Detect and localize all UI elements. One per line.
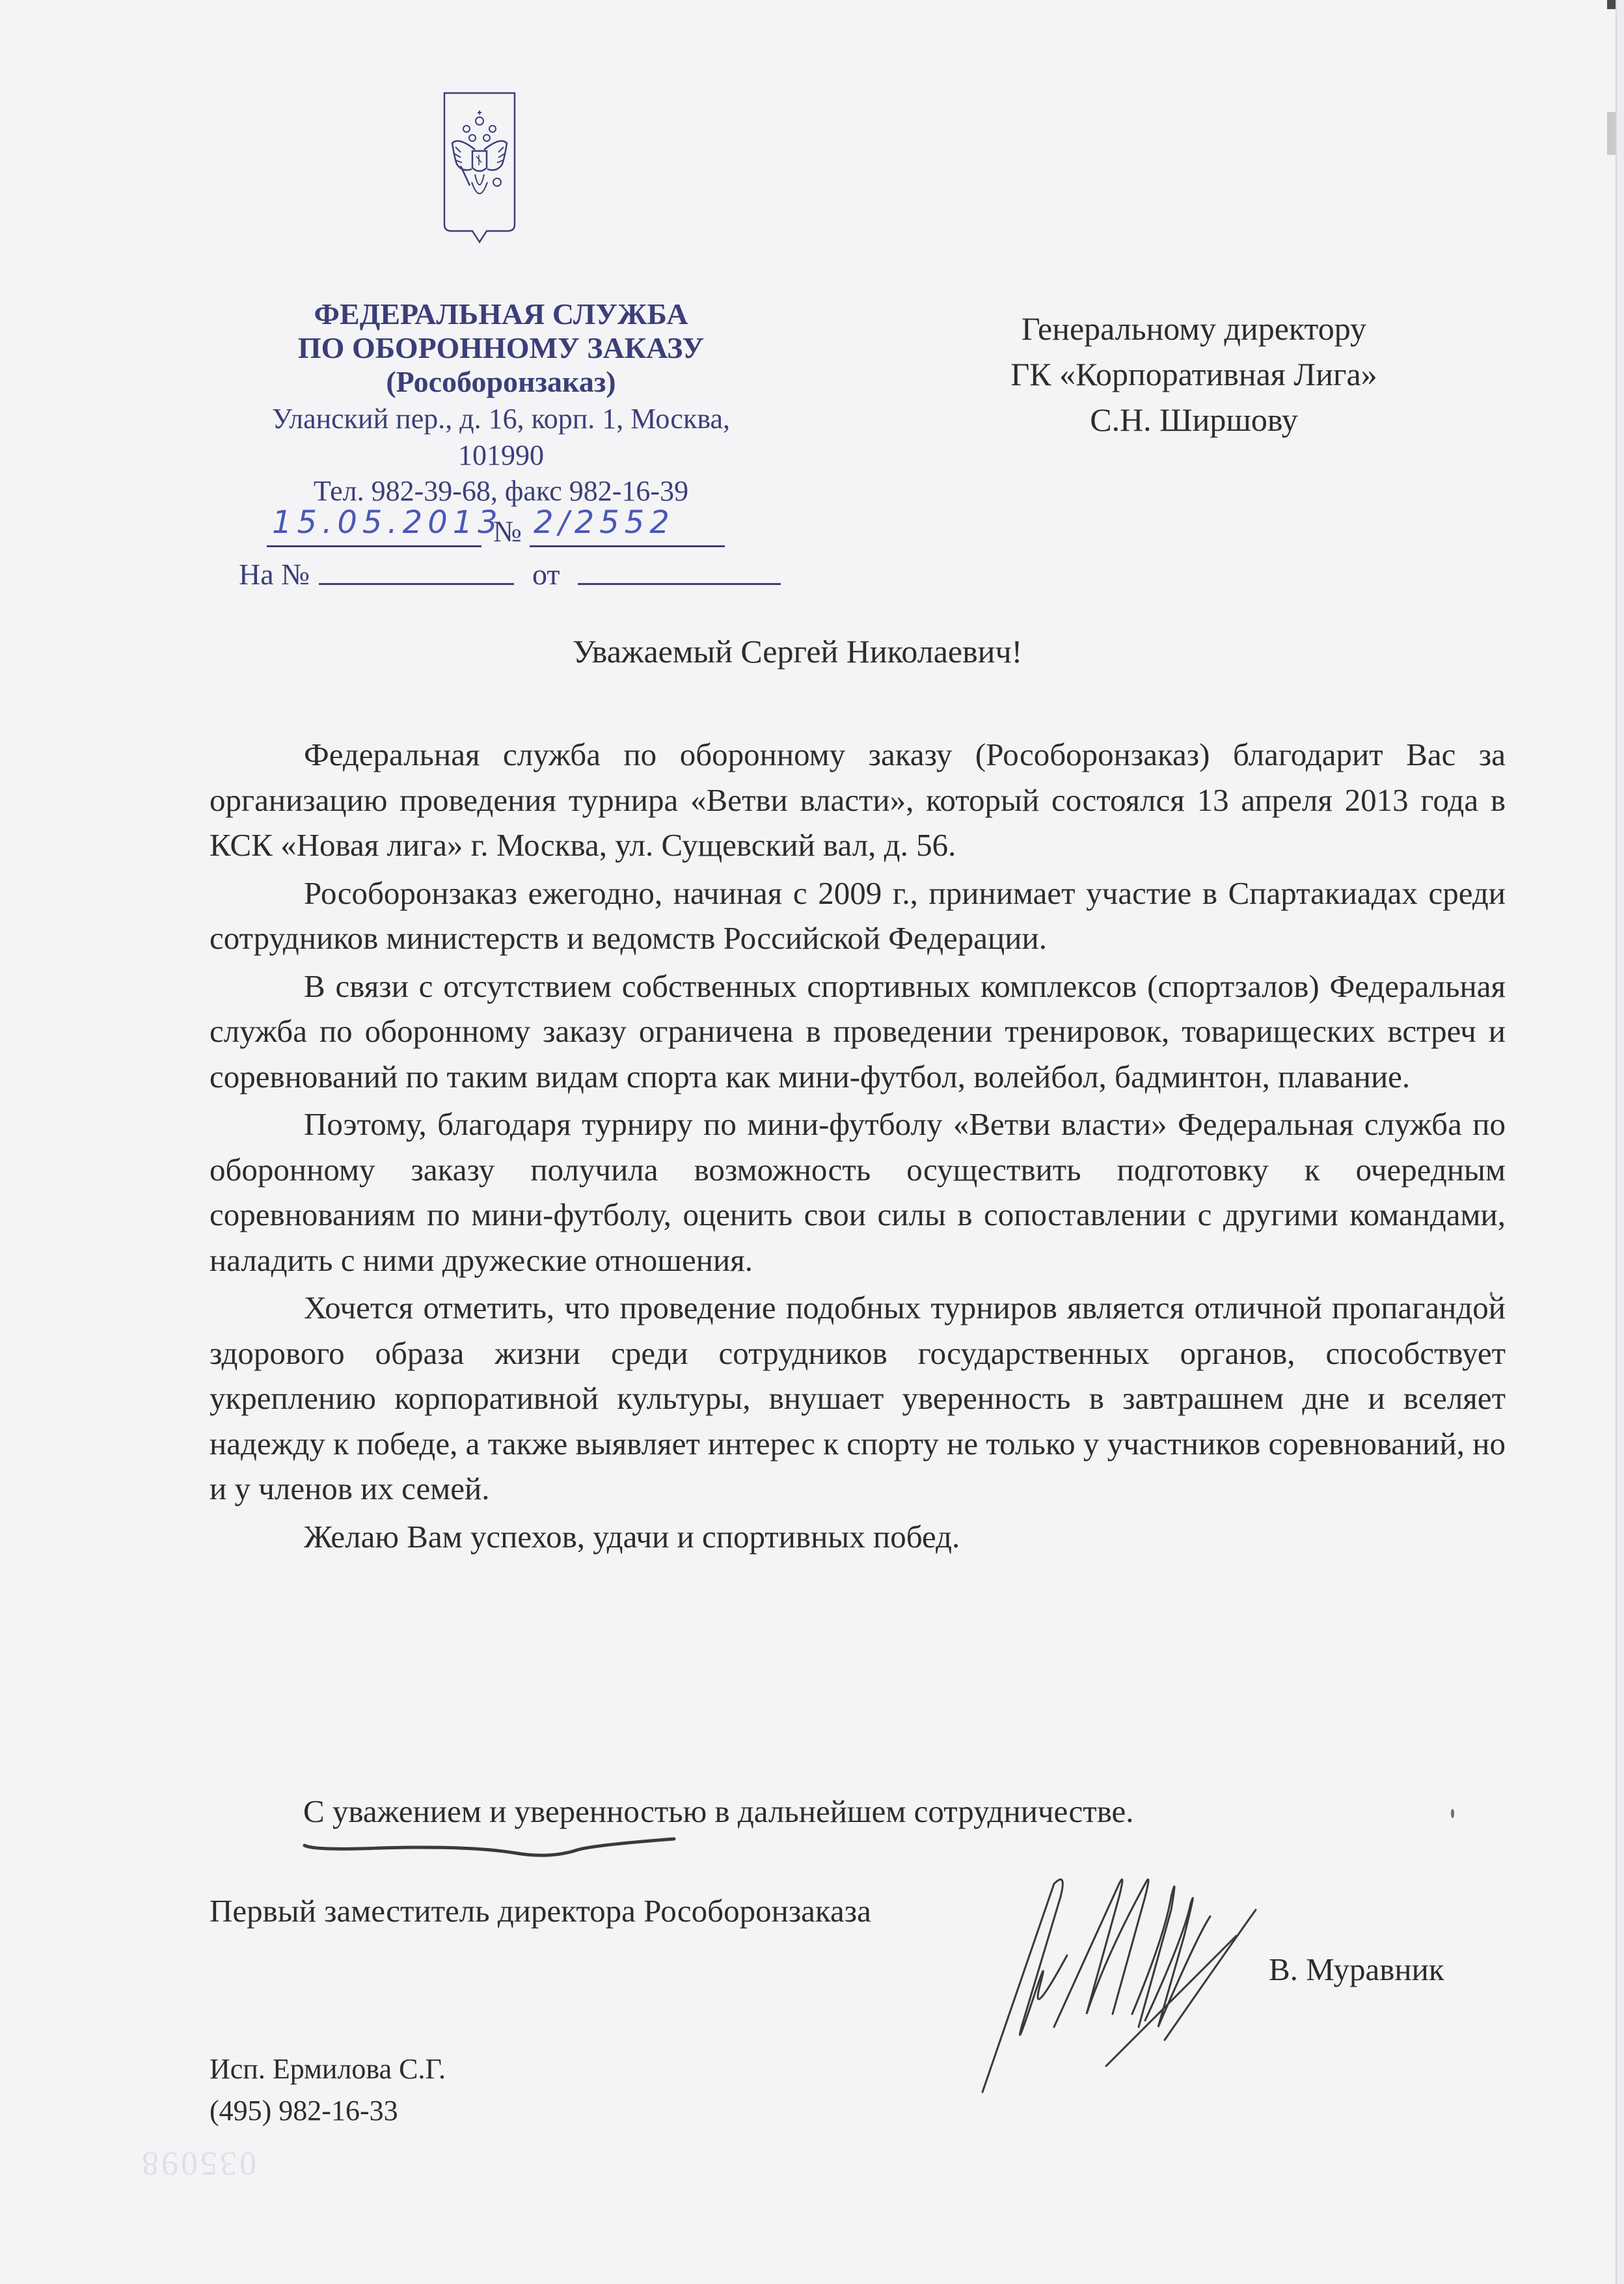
signatory-position: Первый заместитель директора Рособоронза…	[210, 1892, 871, 1929]
date-underline	[267, 545, 481, 547]
handwritten-underline-icon	[302, 1835, 679, 1861]
addressee-name: С.Н. Ширшову	[947, 397, 1441, 442]
salutation: Уважаемый Сергей Николаевич!	[573, 632, 1022, 670]
addressee-block: Генеральному директору ГК «Корпоративная…	[947, 306, 1441, 442]
org-short-name: (Рособоронзаказ)	[215, 364, 787, 400]
body-paragraph: Желаю Вам успехов, удачи и спортивных по…	[210, 1514, 1506, 1560]
reply-date-line	[578, 583, 781, 585]
paper-speck	[1490, 1292, 1493, 1297]
letter-page: ФЕДЕРАЛЬНАЯ СЛУЖБА ПО ОБОРОННОМУ ЗАКАЗУ …	[0, 0, 1617, 2284]
show-through-mark: 035098	[139, 2144, 256, 2182]
closing-phrase: С уважением и уверенностью в дальнейшем …	[303, 1793, 1134, 1830]
org-address-line1: Уланский пер., д. 16, корп. 1, Москва,	[215, 401, 787, 437]
scan-edge-strip	[1607, 0, 1616, 9]
body-paragraph: Поэтому, благодаря турниру по мини-футбо…	[210, 1102, 1506, 1283]
reply-from-label: от	[532, 557, 560, 591]
body-paragraph: В связи с отсутствием собственных спорти…	[210, 964, 1506, 1100]
number-underline	[530, 545, 725, 547]
signatory-name: В. Муравник	[1269, 1951, 1444, 1988]
paper-speck	[1451, 1809, 1454, 1818]
letter-body: Федеральная служба по оборонному заказу …	[210, 732, 1506, 1559]
outgoing-date-handwritten: 15.05.2013	[272, 504, 503, 541]
org-phone-fax: Тел. 982-39-68, факс 982-16-39	[215, 474, 787, 509]
org-name-line2: ПО ОБОРОННОМУ ЗАКАЗУ	[215, 330, 787, 366]
addressee-title: Генеральному директору	[947, 306, 1441, 351]
executor-phone: (495) 982-16-33	[210, 2090, 446, 2132]
body-paragraph: Хочется отметить, что проведение подобны…	[210, 1285, 1506, 1512]
body-paragraph: Федеральная служба по оборонному заказу …	[210, 732, 1506, 868]
coat-of-arms-icon	[442, 91, 517, 247]
scan-edge-strip	[1607, 112, 1616, 155]
number-sign: №	[493, 514, 522, 549]
reply-to-label: На №	[239, 557, 310, 591]
outgoing-number-handwritten: 2/2552	[534, 504, 675, 541]
executor-name: Исп. Ермилова С.Г.	[210, 2048, 446, 2090]
body-paragraph: Рособоронзаказ ежегодно, начиная с 2009 …	[210, 871, 1506, 961]
org-address-line2: 101990	[215, 438, 787, 473]
org-name-line1: ФЕДЕРАЛЬНАЯ СЛУЖБА	[215, 296, 787, 333]
addressee-company: ГК «Корпоративная Лига»	[947, 351, 1441, 397]
reply-number-line	[319, 583, 514, 585]
executor-block: Исп. Ермилова С.Г. (495) 982-16-33	[210, 2048, 446, 2132]
